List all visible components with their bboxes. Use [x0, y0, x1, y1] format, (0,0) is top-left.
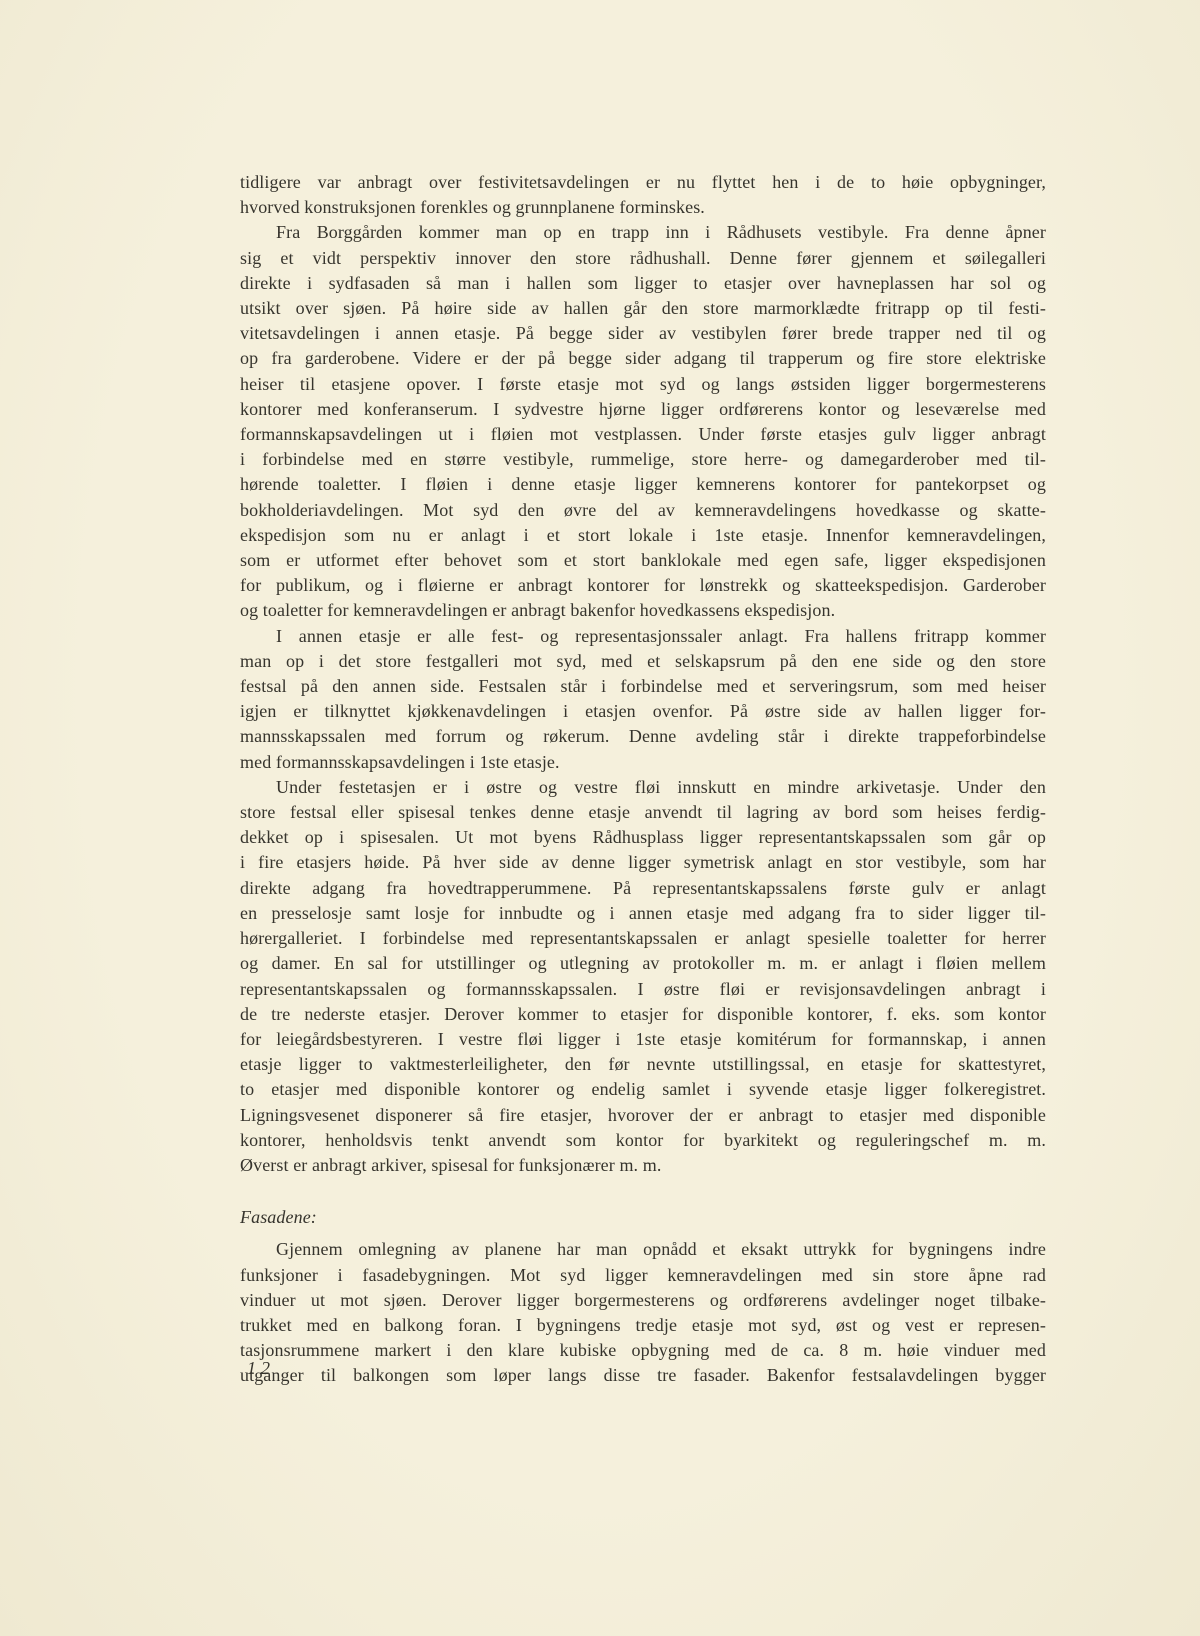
text-line: funksjoner i fasadebygningen. Mot syd li…: [240, 1263, 1046, 1288]
text-line: Øverst er anbragt arkiver, spisesal for …: [240, 1153, 1046, 1178]
paragraph: Gjennem omlegning av planene har man opn…: [240, 1237, 1046, 1388]
text-line: etasje ligger to vaktmesterleiligheter, …: [240, 1052, 1046, 1077]
text-line: sig et vidt perspektiv innover den store…: [240, 246, 1046, 271]
paragraph: Fra Borggården kommer man op en trapp in…: [240, 220, 1046, 623]
paragraph: tidligere var anbragt over festivitetsav…: [240, 170, 1046, 220]
text-line: direkte adgang fra hovedtrapperummene. P…: [240, 876, 1046, 901]
text-line: man op i det store festgalleri mot syd, …: [240, 649, 1046, 674]
text-line: Fra Borggården kommer man op en trapp in…: [240, 220, 1046, 245]
paragraph: I annen etasje er alle fest- og represen…: [240, 624, 1046, 775]
text-line: trukket med en balkong foran. I bygninge…: [240, 1313, 1046, 1338]
text-line: direkte i sydfasaden så man i hallen som…: [240, 271, 1046, 296]
text-line: utganger til balkongen som løper langs d…: [240, 1363, 1046, 1388]
text-block: tidligere var anbragt over festivitetsav…: [240, 170, 1046, 1389]
section-heading: Fasadene:: [240, 1205, 1046, 1230]
text-line: i fire etasjers høide. På hver side av d…: [240, 850, 1046, 875]
text-line: Ligningsvesenet disponerer så fire etasj…: [240, 1103, 1046, 1128]
text-line: som er utformet efter behovet som et sto…: [240, 548, 1046, 573]
page-number: 12: [247, 1358, 275, 1379]
text-line: kontorer med konferanserum. I sydvestre …: [240, 397, 1046, 422]
text-line: igjen er tilknyttet kjøkkenavdelingen i …: [240, 699, 1046, 724]
text-line: formannskapsavdelingen ut i fløien mot v…: [240, 422, 1046, 447]
text-line: to etasjer med disponible kontorer og en…: [240, 1077, 1046, 1102]
paragraph: Under festetasjen er i østre og vestre f…: [240, 775, 1046, 1178]
text-line: op fra garderobene. Videre er der på beg…: [240, 346, 1046, 371]
text-line: og toaletter for kemneravdelingen er anb…: [240, 598, 1046, 623]
text-line: mannsskapssalen med forrum og røkerum. D…: [240, 724, 1046, 749]
text-line: festsal på den annen side. Festsalen stå…: [240, 674, 1046, 699]
text-line: heiser til etasjene opover. I første eta…: [240, 372, 1046, 397]
text-line: vitetsavdelingen i annen etasje. På begg…: [240, 321, 1046, 346]
text-line: hørergalleriet. I forbindelse med repres…: [240, 926, 1046, 951]
text-line: bokholderiavdelingen. Mot syd den øvre d…: [240, 498, 1046, 523]
text-line: for publikum, og i fløierne er anbragt k…: [240, 573, 1046, 598]
text-line: en presselosje samt losje for innbudte o…: [240, 901, 1046, 926]
text-line: Gjennem omlegning av planene har man opn…: [240, 1237, 1046, 1262]
text-line: Under festetasjen er i østre og vestre f…: [240, 775, 1046, 800]
text-line: tidligere var anbragt over festivitetsav…: [240, 170, 1046, 195]
text-line: for leiegårdsbestyreren. I vestre fløi l…: [240, 1027, 1046, 1052]
text-line: og damer. En sal for utstillinger og utl…: [240, 951, 1046, 976]
text-line: kontorer, henholdsvis tenkt anvendt som …: [240, 1128, 1046, 1153]
text-line: hørende toaletter. I fløien i denne etas…: [240, 472, 1046, 497]
scanned-page: tidligere var anbragt over festivitetsav…: [0, 0, 1200, 1636]
text-line: i forbindelse med en større vestibyle, r…: [240, 447, 1046, 472]
text-line: med formannsskapsavdelingen i 1ste etasj…: [240, 750, 1046, 775]
text-line: hvorved konstruksjonen forenkles og grun…: [240, 195, 1046, 220]
text-line: I annen etasje er alle fest- og represen…: [240, 624, 1046, 649]
text-line: dekket op i spisesalen. Ut mot byens Råd…: [240, 825, 1046, 850]
text-line: de tre nederste etasjer. Derover kommer …: [240, 1002, 1046, 1027]
text-line: utsikt over sjøen. På høire side av hall…: [240, 296, 1046, 321]
text-line: vinduer ut mot sjøen. Derover ligger bor…: [240, 1288, 1046, 1313]
text-line: tasjonsrummene markert i den klare kubis…: [240, 1338, 1046, 1363]
text-line: ekspedisjon som nu er anlagt i et stort …: [240, 523, 1046, 548]
text-line: representantskapssalen og formannsskapss…: [240, 977, 1046, 1002]
text-line: store festsal eller spisesal tenkes denn…: [240, 800, 1046, 825]
